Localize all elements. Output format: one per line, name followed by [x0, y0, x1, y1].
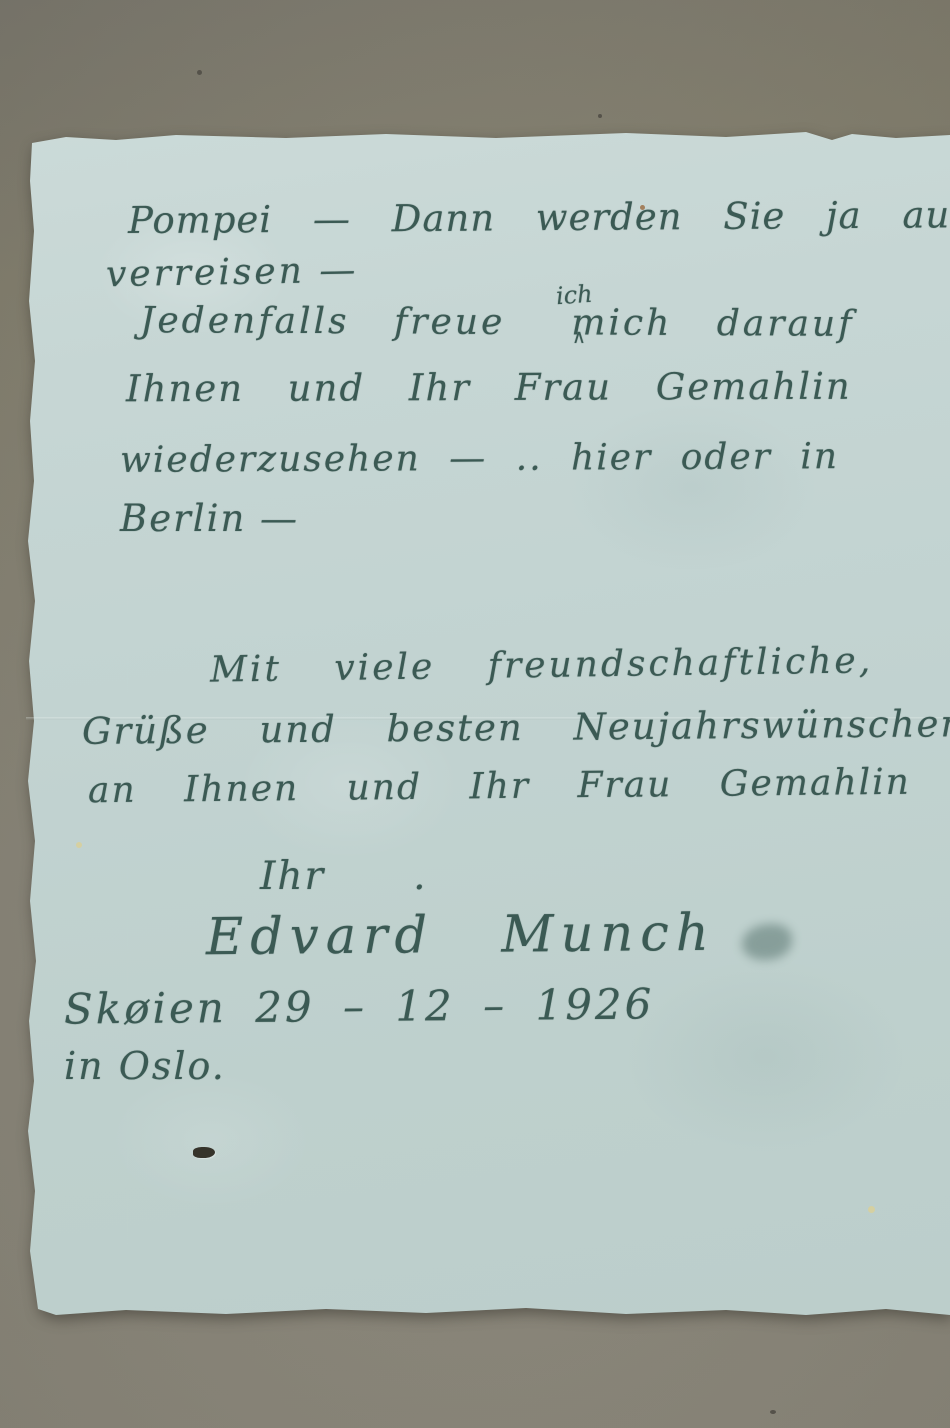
letter-line-5: wiederzusehen — .. hier oder in: [120, 436, 839, 481]
letter-line-2: verreisen —: [106, 250, 359, 295]
inserted-word-ich: ich: [555, 280, 593, 310]
background-speck-2: [598, 114, 602, 118]
letter-line-8: Grüße und besten Neujahrswünschen: [82, 702, 950, 753]
letter-line-1: Pompei — Dann werden Sie ja auch: [128, 193, 950, 242]
closing-word: Ihr: [260, 854, 325, 899]
closing-line: Ihr.: [260, 854, 428, 899]
place-line: in Oslo.: [64, 1044, 226, 1088]
paper-fleck-rust: [640, 205, 645, 210]
letter-line-3-before: Jedenfalls freue: [140, 300, 506, 343]
letter-line-3: Jedenfalls freuemich darauf: [140, 300, 855, 345]
paper-fleck-yellow-1: [868, 1206, 875, 1213]
background-speck-3: [770, 1410, 776, 1414]
dateline: Skøien 29 – 12 – 1926: [64, 979, 655, 1033]
background-speck-1: [197, 70, 202, 75]
letter-line-4: Ihnen und Ihr Frau Gemahlin: [126, 365, 852, 411]
closing-dot: .: [413, 854, 427, 899]
insertion-caret: ∧: [572, 326, 586, 348]
letter-line-9: an Ihnen und Ihr Frau Gemahlin: [88, 762, 911, 812]
letter-line-6: Berlin —: [120, 497, 299, 540]
ink-smudge: [742, 924, 792, 960]
signature: Edvard Munch: [206, 904, 716, 967]
handwriting-layer: Pompei — Dann werden Sie ja auch verreis…: [0, 0, 950, 1428]
paper-fleck-yellow-2: [76, 842, 82, 848]
letter-line-3-after: mich darauf: [571, 302, 854, 344]
letter-line-7: Mit viele freundschaftliche,: [210, 640, 874, 690]
